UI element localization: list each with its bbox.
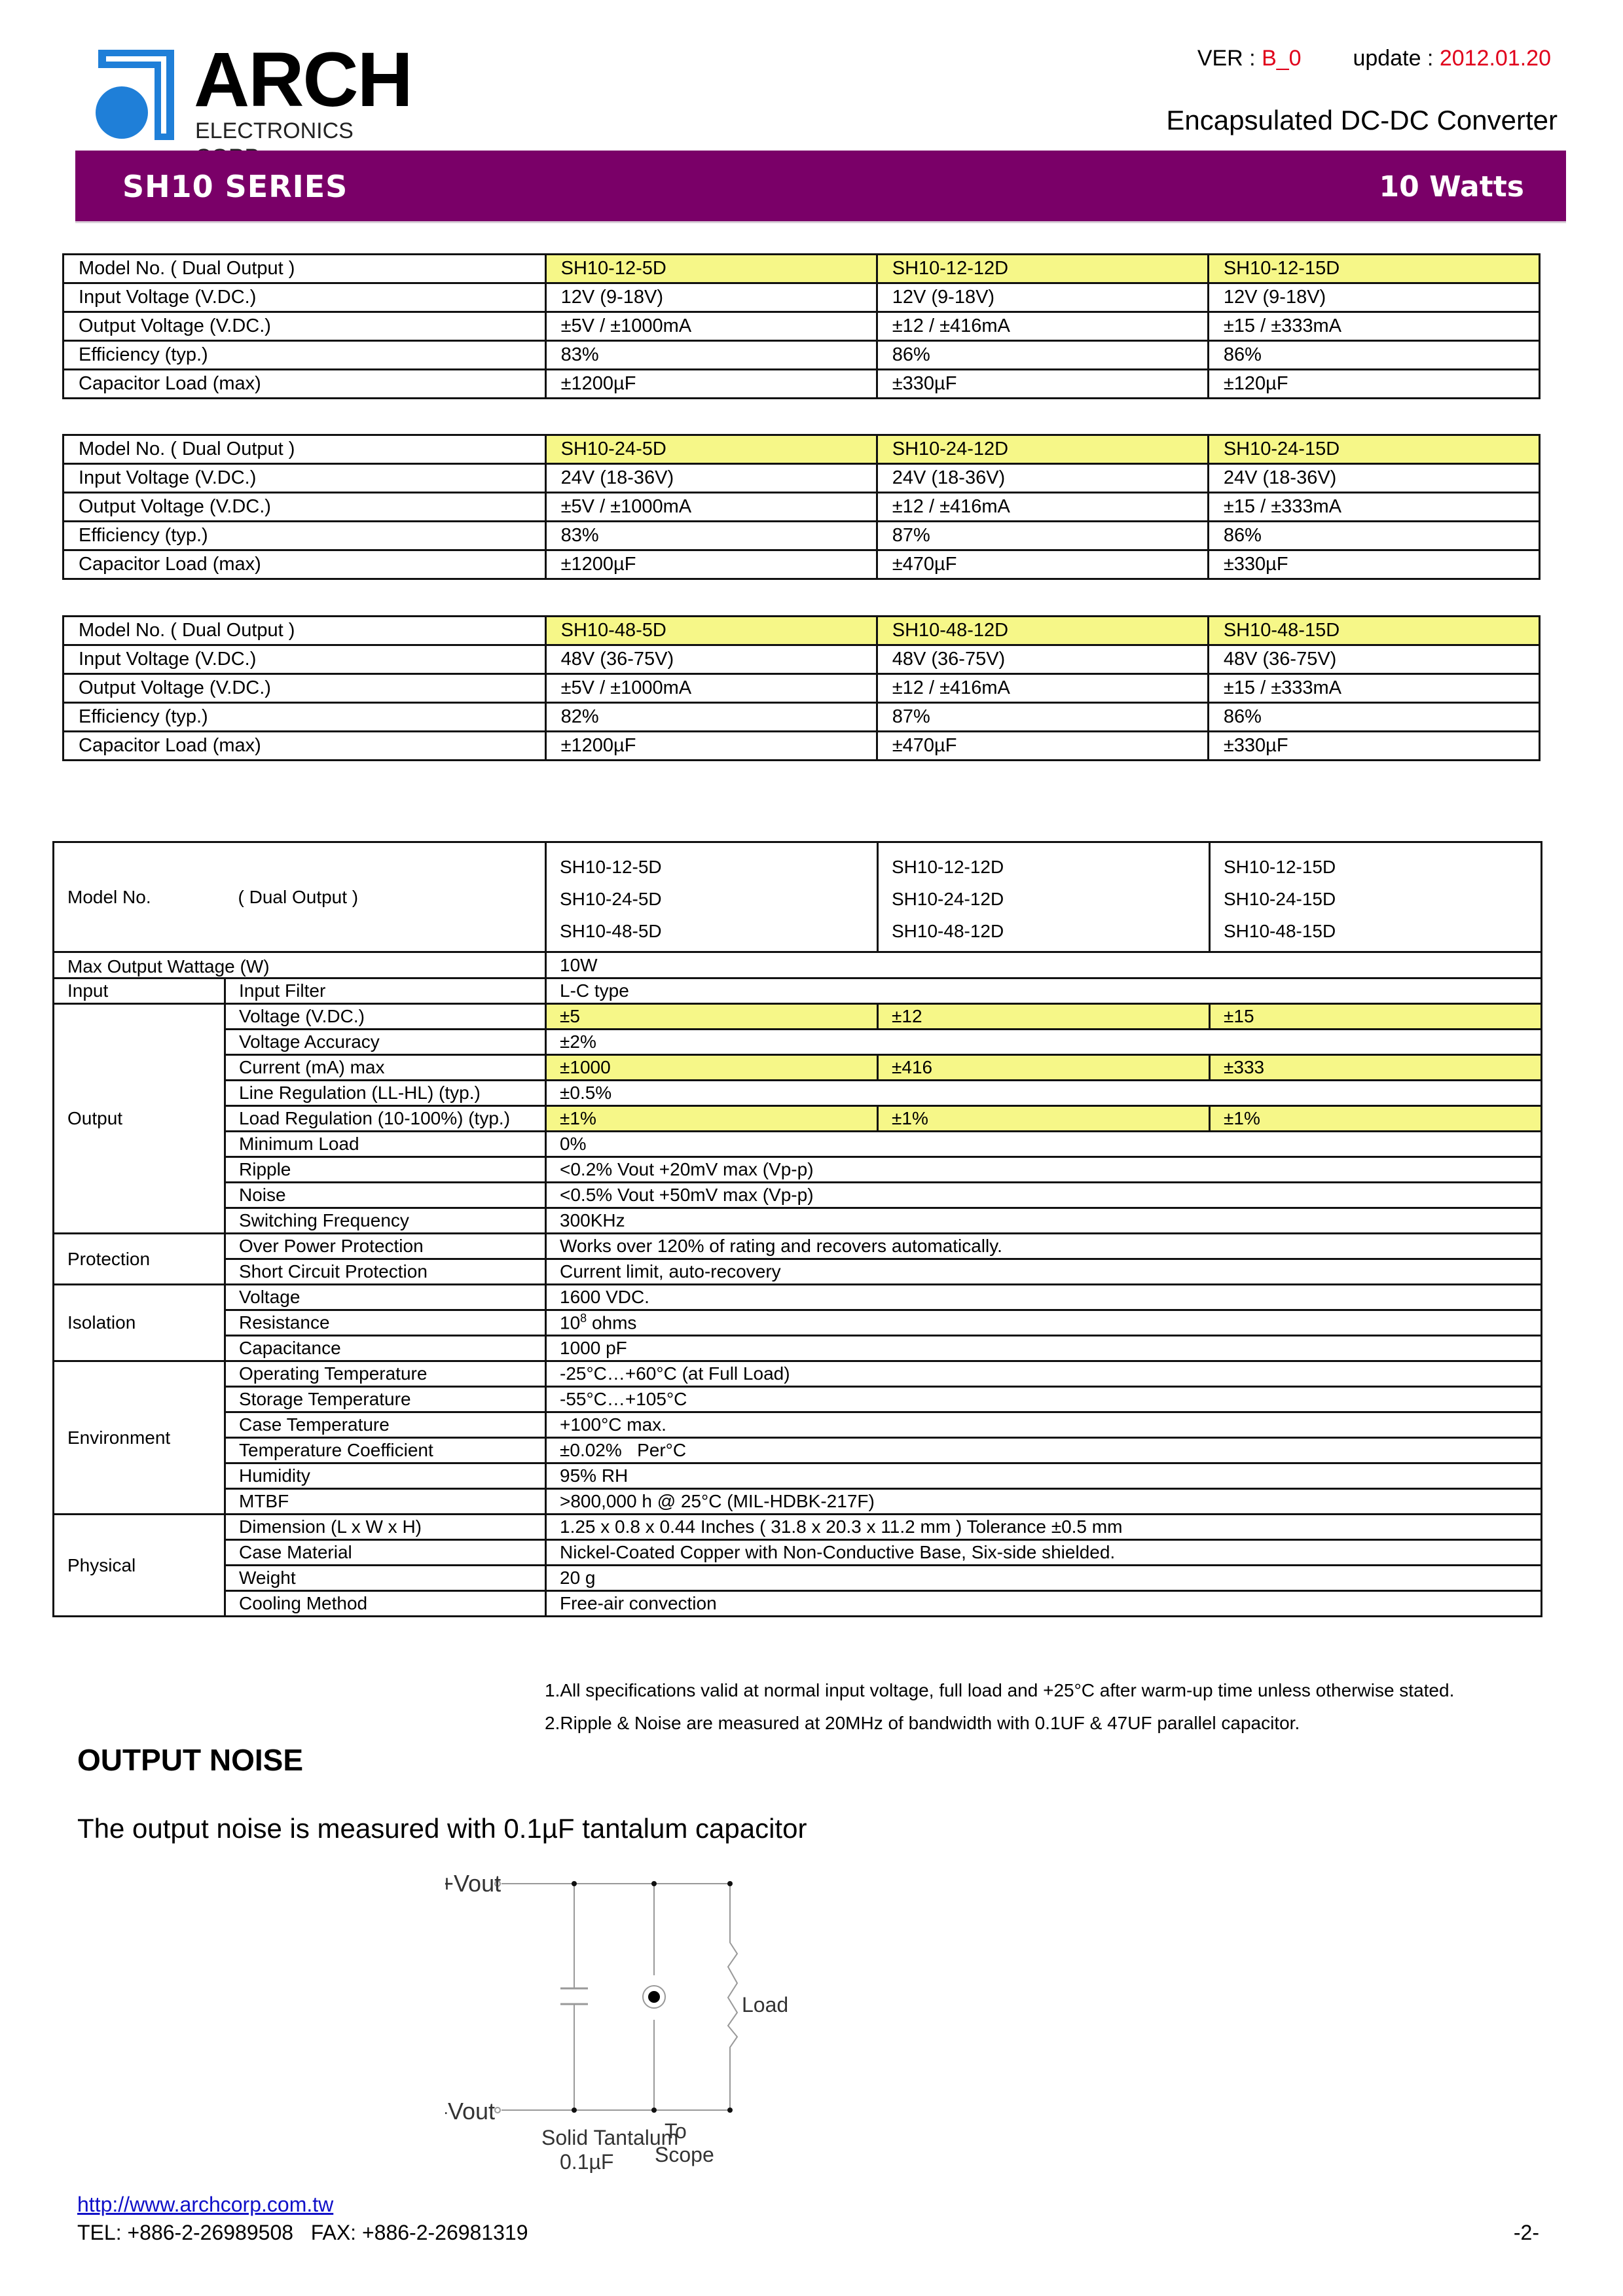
table-row: Case MaterialNickel-Coated Copper with N… — [54, 1540, 1542, 1566]
cell: Free-air convection — [546, 1591, 1542, 1617]
cell: >800,000 h @ 25°C (MIL-HDBK-217F) — [546, 1489, 1542, 1515]
load-label: Load — [742, 1993, 788, 2017]
row-label: Efficiency (typ.) — [64, 703, 546, 732]
note-2: 2.Ripple & Noise are measured at 20MHz o… — [545, 1707, 1454, 1740]
series-banner: SH10 SERIES 10 Watts — [75, 151, 1566, 223]
header-label: Model No. ( Dual Output ) — [64, 255, 546, 283]
model-cell: SH10-24-15D — [1208, 435, 1539, 464]
table-row: Physical Dimension (L x W x H) 1.25 x 0.… — [54, 1515, 1542, 1540]
table-row: Weight20 g — [54, 1566, 1542, 1591]
table-row: Output Voltage (V.DC.)±5V / ±1000mA±12 /… — [64, 312, 1540, 341]
table-row: Capacitance1000 pF — [54, 1336, 1542, 1361]
row-label: Output Voltage (V.DC.) — [64, 493, 546, 522]
series-title: SH10 SERIES — [122, 169, 348, 204]
cell: ±416 — [878, 1055, 1210, 1081]
cell: ±15 / ±333mA — [1208, 493, 1539, 522]
cell: ±470µF — [877, 550, 1208, 579]
row-label: Minimum Load — [225, 1132, 546, 1157]
table-row: Input Voltage (V.DC.)24V (18-36V)24V (18… — [64, 464, 1540, 493]
cell: 24V (18-36V) — [877, 464, 1208, 493]
model-cell: SH10-24-5D — [545, 435, 877, 464]
series-power: 10 Watts — [1379, 170, 1524, 204]
arch-logo-icon — [90, 45, 182, 141]
table-row: Efficiency (typ.)83%87%86% — [64, 522, 1540, 550]
cell: <0.2% Vout +20mV max (Vp-p) — [546, 1157, 1542, 1183]
model-cell: SH10-48-15D — [1208, 617, 1539, 645]
table-row: Minimum Load0% — [54, 1132, 1542, 1157]
cell: +100°C max. — [546, 1412, 1542, 1438]
row-label: Operating Temperature — [225, 1361, 546, 1387]
page-number: -2- — [1514, 2221, 1539, 2245]
table-row: Model No. ( Dual Output ) SH10-12-5D SH1… — [64, 255, 1540, 283]
row-label: Noise — [225, 1183, 546, 1208]
cell: ±12 / ±416mA — [877, 674, 1208, 703]
model-cell: SH10-48-12D — [877, 617, 1208, 645]
table-row: MTBF>800,000 h @ 25°C (MIL-HDBK-217F) — [54, 1489, 1542, 1515]
model-sub-label: ( Dual Output ) — [225, 842, 546, 952]
table-row: Output Voltage (V.DC.)±5V / ±1000mA±12 /… — [64, 674, 1540, 703]
cell: ±5 — [546, 1004, 878, 1030]
cell: 87% — [877, 703, 1208, 732]
cell: 24V (18-36V) — [1208, 464, 1539, 493]
cell: -55°C…+105°C — [546, 1387, 1542, 1412]
row-label: Voltage — [225, 1285, 546, 1310]
cell: ±12 — [878, 1004, 1210, 1030]
row-label: Efficiency (typ.) — [64, 522, 546, 550]
row-label: Voltage Accuracy — [225, 1030, 546, 1055]
cell: L-C type — [546, 978, 1542, 1004]
model-name: SH10-12-15D — [1224, 851, 1541, 883]
row-label: Case Temperature — [225, 1412, 546, 1438]
row-label: Input Filter — [225, 978, 546, 1004]
model-cell: SH10-12-12D — [877, 255, 1208, 283]
cell: ±15 — [1210, 1004, 1542, 1030]
cell: ±2% — [546, 1030, 1542, 1055]
row-label: Capacitor Load (max) — [64, 550, 546, 579]
row-label: Output Voltage (V.DC.) — [64, 312, 546, 341]
model-name: SH10-12-12D — [892, 851, 1209, 883]
row-label: Temperature Coefficient — [225, 1438, 546, 1463]
minus-terminal-icon — [495, 2108, 500, 2113]
cell: ±470µF — [877, 732, 1208, 761]
header-label: Model No. ( Dual Output ) — [64, 617, 546, 645]
model-name: SH10-48-15D — [1224, 915, 1541, 947]
cell: 108 ohms — [546, 1310, 1542, 1336]
table-row: Input Input Filter L-C type — [54, 978, 1542, 1004]
table-row: Model No. ( Dual Output ) SH10-24-5D SH1… — [64, 435, 1540, 464]
group-label: Input — [54, 978, 225, 1004]
ver-label: VER : — [1197, 46, 1262, 71]
cell: ±1200µF — [545, 732, 877, 761]
cell: 0% — [546, 1132, 1542, 1157]
table-row: Case Temperature+100°C max. — [54, 1412, 1542, 1438]
cell: ±1000 — [546, 1055, 878, 1081]
table-row: Line Regulation (LL-HL) (typ.)±0.5% — [54, 1081, 1542, 1106]
section-heading: OUTPUT NOISE — [77, 1742, 303, 1778]
cell: ±5V / ±1000mA — [545, 312, 877, 341]
cell: ±330µF — [877, 370, 1208, 399]
row-label: Input Voltage (V.DC.) — [64, 645, 546, 674]
row-label: MTBF — [225, 1489, 546, 1515]
model-column: SH10-12-15D SH10-24-15D SH10-48-15D — [1210, 842, 1542, 952]
cell: ±5V / ±1000mA — [545, 674, 877, 703]
model-cell: SH10-12-15D — [1208, 255, 1539, 283]
model-cell: SH10-24-12D — [877, 435, 1208, 464]
row-label: Short Circuit Protection — [225, 1259, 546, 1285]
table-row: Environment Operating Temperature -25°C…… — [54, 1361, 1542, 1387]
cell: Nickel-Coated Copper with Non-Conductive… — [546, 1540, 1542, 1566]
model-table-48v: Model No. ( Dual Output ) SH10-48-5D SH1… — [62, 615, 1541, 761]
group-label: Isolation — [54, 1285, 225, 1361]
table-row: Current (mA) max ±1000 ±416 ±333 — [54, 1055, 1542, 1081]
cell: 12V (9-18V) — [877, 283, 1208, 312]
row-label: Ripple — [225, 1157, 546, 1183]
model-name: SH10-48-5D — [560, 915, 877, 947]
cell: ±1% — [1210, 1106, 1542, 1132]
table-row: Temperature Coefficient±0.02% Per°C — [54, 1438, 1542, 1463]
cell: ±15 / ±333mA — [1208, 674, 1539, 703]
resistance-unit: ohms — [587, 1313, 636, 1333]
row-label: Capacitor Load (max) — [64, 732, 546, 761]
model-name: SH10-24-15D — [1224, 883, 1541, 915]
cell: 83% — [545, 522, 877, 550]
cell: Works over 120% of rating and recovers a… — [546, 1234, 1542, 1259]
table-row: Capacitor Load (max)±1200µF±330µF±120µF — [64, 370, 1540, 399]
table-row: Model No. ( Dual Output ) SH10-12-5D SH1… — [54, 842, 1542, 952]
cell: ±5V / ±1000mA — [545, 493, 877, 522]
table-row: Switching Frequency300KHz — [54, 1208, 1542, 1234]
cell: ±1% — [546, 1106, 878, 1132]
cell: -25°C…+60°C (at Full Load) — [546, 1361, 1542, 1387]
row-label: Weight — [225, 1566, 546, 1591]
version-info: VER : B_0 update : 2012.01.20 — [1197, 46, 1551, 71]
cell: 48V (36-75V) — [545, 645, 877, 674]
cell: 12V (9-18V) — [1208, 283, 1539, 312]
note-1: 1.All specifications valid at normal inp… — [545, 1674, 1454, 1707]
cell: 1.25 x 0.8 x 0.44 Inches ( 31.8 x 20.3 x… — [546, 1515, 1542, 1540]
group-label: Output — [54, 1004, 225, 1234]
update-label: update : — [1353, 46, 1439, 71]
group-label: Environment — [54, 1361, 225, 1515]
model-name: SH10-12-5D — [560, 851, 877, 883]
table-row: Protection Over Power Protection Works o… — [54, 1234, 1542, 1259]
table-row: Ripple<0.2% Vout +20mV max (Vp-p) — [54, 1157, 1542, 1183]
table-row: Cooling MethodFree-air convection — [54, 1591, 1542, 1617]
cell: ±1200µF — [545, 370, 877, 399]
minus-vout-label: -Vout — [445, 2098, 495, 2125]
row-label: Input Voltage (V.DC.) — [64, 283, 546, 312]
table-row: Model No. ( Dual Output ) SH10-48-5D SH1… — [64, 617, 1540, 645]
output-noise-circuit-diagram: +Vout -Vout Solid Tantalum 0.1µF To Scop… — [445, 1859, 1133, 2173]
ver-value: B_0 — [1262, 46, 1302, 71]
row-label: Cooling Method — [225, 1591, 546, 1617]
scope-probe-icon — [648, 1991, 660, 2003]
cell: ±15 / ±333mA — [1208, 312, 1539, 341]
resistance-base: 10 — [560, 1313, 580, 1333]
row-label: Load Regulation (10-100%) (typ.) — [225, 1106, 546, 1132]
row-label: Dimension (L x W x H) — [225, 1515, 546, 1540]
cell: ±120µF — [1208, 370, 1539, 399]
contact-info: TEL: +886-2-26989508 FAX: +886-2-2698131… — [77, 2221, 528, 2245]
header-label: Model No. ( Dual Output ) — [64, 435, 546, 464]
cell: ±12 / ±416mA — [877, 312, 1208, 341]
model-table-12v: Model No. ( Dual Output ) SH10-12-5D SH1… — [62, 253, 1541, 399]
cell: 24V (18-36V) — [545, 464, 877, 493]
document-subtitle: Encapsulated DC-DC Converter — [1166, 105, 1558, 136]
table-row: Max Output Wattage (W) 10W — [54, 952, 1542, 978]
table-row: Isolation Voltage 1600 VDC. — [54, 1285, 1542, 1310]
table-row: Short Circuit ProtectionCurrent limit, a… — [54, 1259, 1542, 1285]
cell: 87% — [877, 522, 1208, 550]
company-logo: ARCH ELECTRONICS CORP. — [90, 45, 418, 143]
row-label: Max Output Wattage (W) — [54, 952, 546, 978]
section-description: The output noise is measured with 0.1µF … — [77, 1813, 807, 1844]
row-label: Over Power Protection — [225, 1234, 546, 1259]
table-row: Output Voltage (V.DC.) ±5 ±12 ±15 — [54, 1004, 1542, 1030]
model-table-24v: Model No. ( Dual Output ) SH10-24-5D SH1… — [62, 434, 1541, 580]
table-row: Noise<0.5% Vout +50mV max (Vp-p) — [54, 1183, 1542, 1208]
spec-table: Model No. ( Dual Output ) SH10-12-5D SH1… — [52, 841, 1542, 1617]
table-row: Output Voltage (V.DC.)±5V / ±1000mA±12 /… — [64, 493, 1540, 522]
group-label: Physical — [54, 1515, 225, 1617]
cell: 10W — [546, 952, 1542, 978]
cell: ±0.02% Per°C — [546, 1438, 1542, 1463]
cell: ±1200µF — [545, 550, 877, 579]
cell: 82% — [545, 703, 877, 732]
cell: ±1% — [878, 1106, 1210, 1132]
cell: 48V (36-75V) — [1208, 645, 1539, 674]
table-row: Load Regulation (10-100%) (typ.) ±1% ±1%… — [54, 1106, 1542, 1132]
model-column: SH10-12-12D SH10-24-12D SH10-48-12D — [878, 842, 1210, 952]
table-row: Voltage Accuracy±2% — [54, 1030, 1542, 1055]
cell: 1600 VDC. — [546, 1285, 1542, 1310]
website-link[interactable]: http://www.archcorp.com.tw — [77, 2193, 333, 2217]
row-label: Humidity — [225, 1463, 546, 1489]
model-name: SH10-24-12D — [892, 883, 1209, 915]
row-label: Capacitance — [225, 1336, 546, 1361]
table-row: Humidity95% RH — [54, 1463, 1542, 1489]
spec-notes: 1.All specifications valid at normal inp… — [545, 1674, 1454, 1740]
cell: 86% — [1208, 703, 1539, 732]
update-value: 2012.01.20 — [1440, 46, 1551, 71]
model-cell: SH10-12-5D — [545, 255, 877, 283]
scope-label-1: To — [665, 2119, 687, 2143]
capacitor-value: 0.1µF — [560, 2150, 613, 2173]
model-name: SH10-48-12D — [892, 915, 1209, 947]
table-row: Capacitor Load (max)±1200µF±470µF±330µF — [64, 550, 1540, 579]
plus-vout-label: +Vout — [445, 1870, 501, 1897]
table-row: Capacitor Load (max)±1200µF±470µF±330µF — [64, 732, 1540, 761]
row-label: Capacitor Load (max) — [64, 370, 546, 399]
table-row: Efficiency (typ.)82%87%86% — [64, 703, 1540, 732]
cell: 86% — [1208, 522, 1539, 550]
row-label: Case Material — [225, 1540, 546, 1566]
cell: ±330µF — [1208, 732, 1539, 761]
row-label: Voltage (V.DC.) — [225, 1004, 546, 1030]
resistance-exponent: 8 — [580, 1312, 587, 1325]
cell: 1000 pF — [546, 1336, 1542, 1361]
cell: Current limit, auto-recovery — [546, 1259, 1542, 1285]
table-row: Input Voltage (V.DC.)12V (9-18V)12V (9-1… — [64, 283, 1540, 312]
cell: 20 g — [546, 1566, 1542, 1591]
row-label: Line Regulation (LL-HL) (typ.) — [225, 1081, 546, 1106]
cell: 86% — [877, 341, 1208, 370]
cell: ±330µF — [1208, 550, 1539, 579]
table-row: Resistance 108 ohms — [54, 1310, 1542, 1336]
model-label: Model No. — [54, 842, 225, 952]
row-label: Resistance — [225, 1310, 546, 1336]
table-row: Efficiency (typ.)83%86%86% — [64, 341, 1540, 370]
group-label: Protection — [54, 1234, 225, 1285]
logo-wordmark: ARCH — [194, 41, 412, 119]
cell: 300KHz — [546, 1208, 1542, 1234]
cell: ±12 / ±416mA — [877, 493, 1208, 522]
model-name: SH10-24-5D — [560, 883, 877, 915]
table-row: Storage Temperature-55°C…+105°C — [54, 1387, 1542, 1412]
row-label: Switching Frequency — [225, 1208, 546, 1234]
cell: 86% — [1208, 341, 1539, 370]
model-column: SH10-12-5D SH10-24-5D SH10-48-5D — [546, 842, 878, 952]
cell: <0.5% Vout +50mV max (Vp-p) — [546, 1183, 1542, 1208]
cell: 83% — [545, 341, 877, 370]
cell: 12V (9-18V) — [545, 283, 877, 312]
row-label: Storage Temperature — [225, 1387, 546, 1412]
cell: ±333 — [1210, 1055, 1542, 1081]
row-label: Output Voltage (V.DC.) — [64, 674, 546, 703]
row-label: Efficiency (typ.) — [64, 341, 546, 370]
cell: 48V (36-75V) — [877, 645, 1208, 674]
row-label: Current (mA) max — [225, 1055, 546, 1081]
cell: 95% RH — [546, 1463, 1542, 1489]
scope-label-2: Scope — [655, 2143, 714, 2166]
table-row: Input Voltage (V.DC.)48V (36-75V)48V (36… — [64, 645, 1540, 674]
row-label: Input Voltage (V.DC.) — [64, 464, 546, 493]
cell: ±0.5% — [546, 1081, 1542, 1106]
model-cell: SH10-48-5D — [545, 617, 877, 645]
